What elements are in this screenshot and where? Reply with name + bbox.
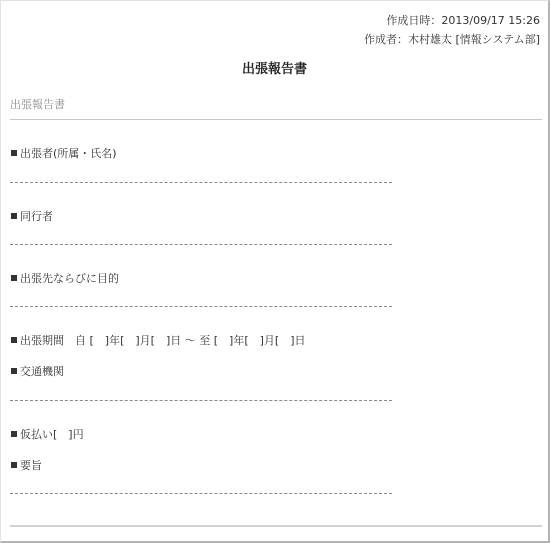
- fill-in-dashline: [10, 182, 392, 183]
- item-label: 出張者(所属・氏名): [20, 147, 117, 160]
- document-page: 作成日時：2013/09/17 15:26 作成者：木村雄太 [情報システム部]…: [0, 0, 550, 543]
- item-destination-purpose: 出張先ならびに目的: [11, 270, 119, 286]
- item-advance-payment: 仮払い[ ]円: [11, 426, 84, 442]
- item-trip-period: 出張期間 自 [ ]年[ ]月[ ]日 ～ 至 [ ]年[ ]月[ ]日: [11, 332, 305, 348]
- heading-divider: [10, 119, 542, 120]
- item-label: 仮払い[ ]円: [20, 428, 84, 441]
- created-by: 作成者：木村雄太 [情報システム部]: [364, 31, 540, 47]
- item-label: 同行者: [20, 210, 53, 223]
- item-label: 交通機関: [20, 365, 64, 378]
- black-square-icon: [11, 275, 17, 281]
- item-label: 出張期間 自 [ ]年[ ]月[ ]日 ～ 至 [ ]年[ ]月[ ]日: [20, 334, 305, 347]
- item-summary: 要旨: [11, 457, 42, 473]
- fill-in-dashline: [10, 493, 392, 494]
- bottom-divider: [10, 525, 542, 527]
- black-square-icon: [11, 213, 17, 219]
- item-traveler: 出張者(所属・氏名): [11, 145, 117, 161]
- item-label: 要旨: [20, 459, 42, 472]
- black-square-icon: [11, 431, 17, 437]
- black-square-icon: [11, 462, 17, 468]
- item-label: 出張先ならびに目的: [20, 272, 119, 285]
- fill-in-dashline: [10, 244, 392, 245]
- item-transportation: 交通機関: [11, 363, 64, 379]
- fill-in-dashline: [10, 400, 392, 401]
- created-datetime: 作成日時：2013/09/17 15:26: [386, 12, 540, 28]
- document-title: 出張報告書: [1, 58, 548, 77]
- black-square-icon: [11, 368, 17, 374]
- black-square-icon: [11, 337, 17, 343]
- section-heading: 出張報告書: [10, 96, 65, 112]
- item-companions: 同行者: [11, 208, 53, 224]
- fill-in-dashline: [10, 306, 392, 307]
- black-square-icon: [11, 150, 17, 156]
